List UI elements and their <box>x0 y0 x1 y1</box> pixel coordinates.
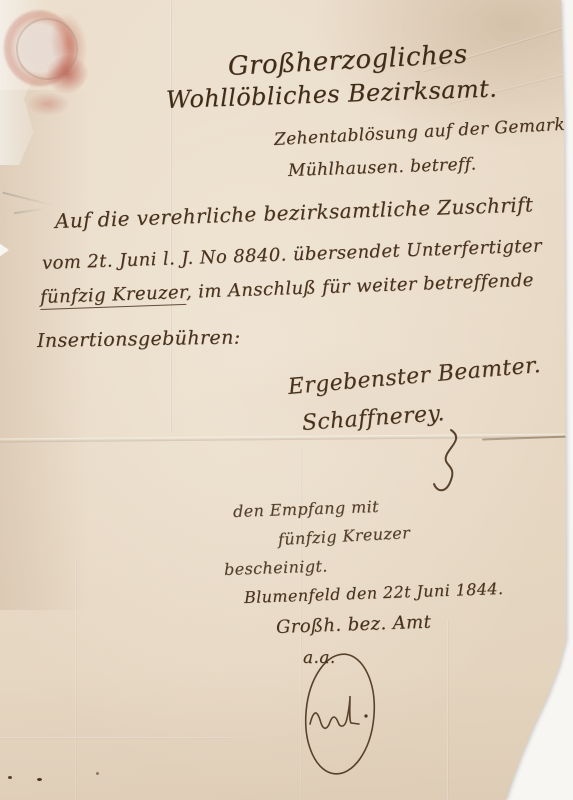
closing-flourish-icon <box>434 430 456 490</box>
letter-page: Großherzogliches Wohllöbliches Bezirksam… <box>0 0 573 800</box>
scanner-background: Großherzogliches Wohllöbliches Bezirksam… <box>0 0 573 800</box>
signature-squiggle-icon <box>310 696 359 728</box>
oval-signature-flourish-icon <box>301 651 379 776</box>
paper-wrap: Großherzogliches Wohllöbliches Bezirksam… <box>0 0 573 800</box>
pen-flourishes <box>0 0 573 800</box>
signature-period-dot <box>364 714 367 717</box>
